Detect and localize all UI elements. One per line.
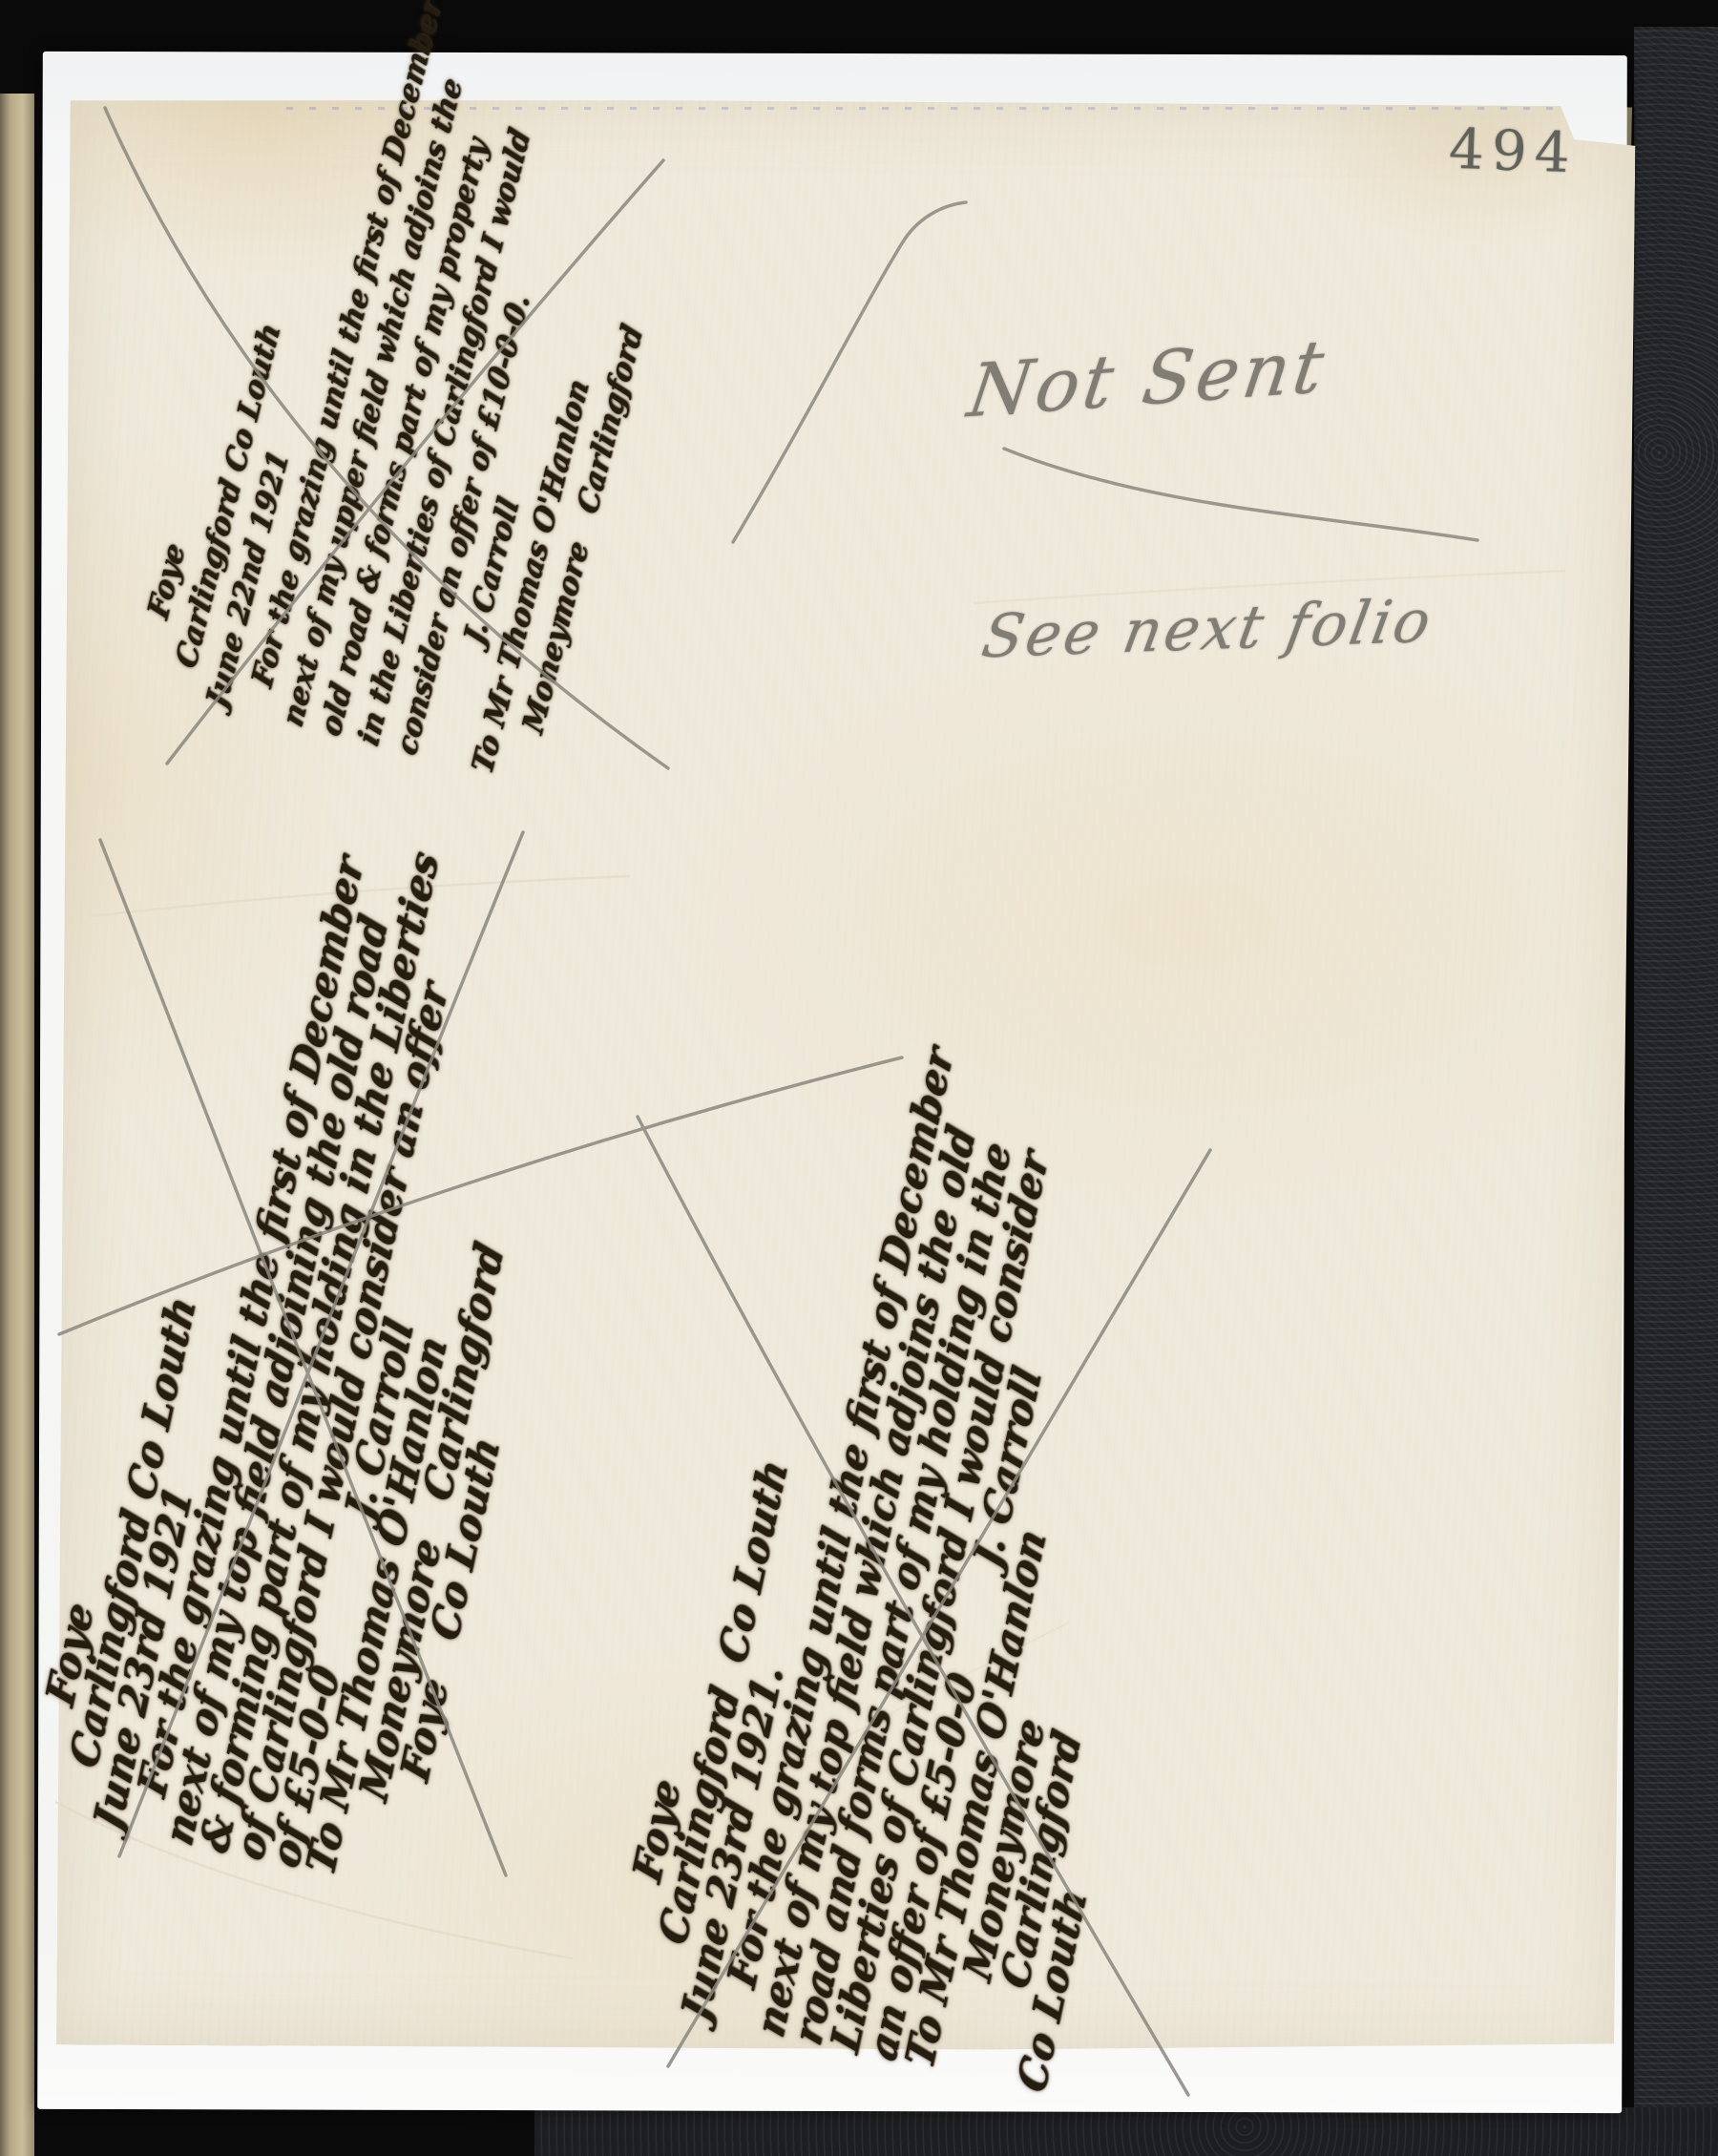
folio-number: 494 xyxy=(1448,116,1579,186)
photo-backdrop: Foye Carlingford Co LouthJune 22nd 1921 … xyxy=(0,0,1718,2156)
book-binding-edge xyxy=(0,94,34,2156)
book-cover-bottom xyxy=(534,2107,1718,2156)
book-cover-right xyxy=(1634,27,1718,2156)
